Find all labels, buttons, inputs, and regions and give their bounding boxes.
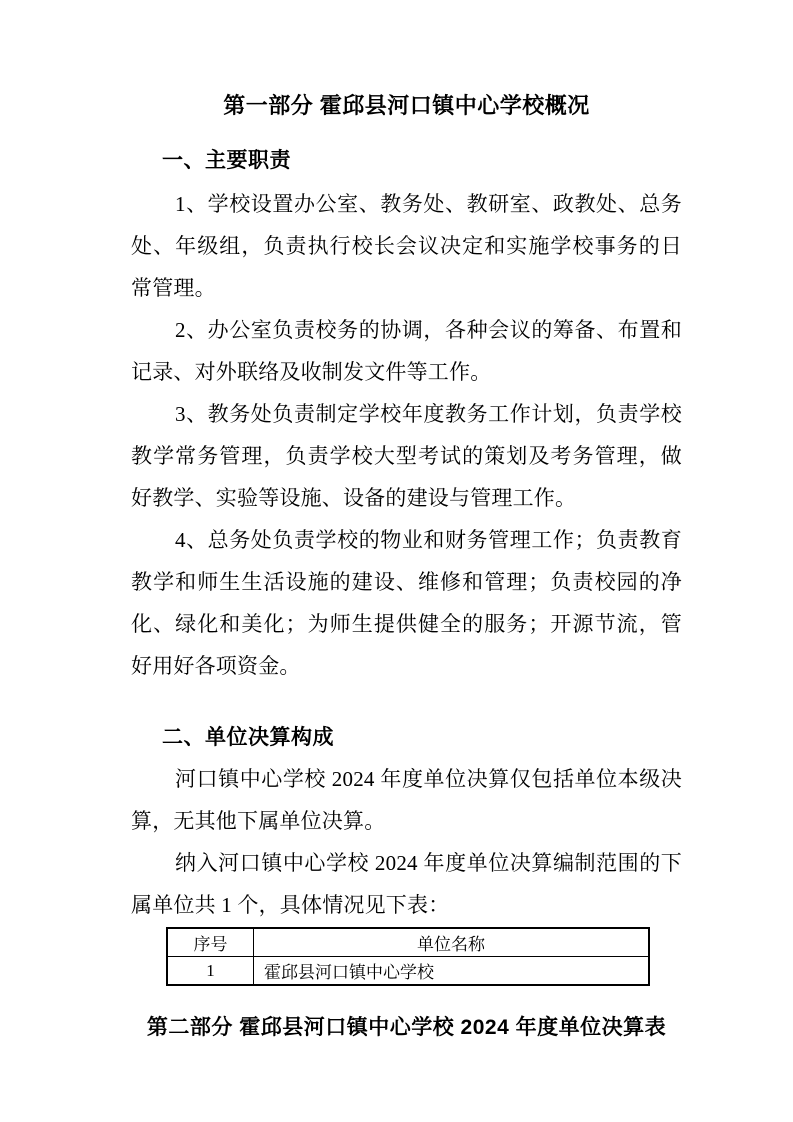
part1-title: 第一部分 霍邱县河口镇中心学校概况 <box>131 92 682 120</box>
subordinate-units-table: 序号 单位名称 1 霍邱县河口镇中心学校 <box>166 927 650 986</box>
table-row: 1 霍邱县河口镇中心学校 <box>167 957 649 986</box>
table-cell-unit-name: 霍邱县河口镇中心学校 <box>254 957 650 986</box>
section1-paragraph-3: 3、教务处负责制定学校年度教务工作计划，负责学校教学常务管理，负责学校大型考试的… <box>131 393 682 519</box>
table-header-index: 序号 <box>167 928 254 957</box>
section1-paragraph-2: 2、办公室负责校务的协调，各种会议的筹备、布置和记录、对外联络及收制发文件等工作… <box>131 309 682 393</box>
table-header-row: 序号 单位名称 <box>167 928 649 957</box>
section1-paragraphs: 1、学校设置办公室、教务处、教研室、政教处、总务处、年级组，负责执行校长会议决定… <box>131 183 682 687</box>
section2-paragraph-1: 河口镇中心学校 2024 年度单位决算仅包括单位本级决算，无其他下属单位决算。 <box>131 758 682 842</box>
document-page: 第一部分 霍邱县河口镇中心学校概况 一、主要职责 1、学校设置办公室、教务处、教… <box>0 0 793 1122</box>
section2-paragraph-2: 纳入河口镇中心学校 2024 年度单位决算编制范围的下属单位共 1 个，具体情况… <box>131 842 682 926</box>
part2-title: 第二部分 霍邱县河口镇中心学校 2024 年度单位决算表 <box>131 1013 682 1043</box>
section1-paragraph-1: 1、学校设置办公室、教务处、教研室、政教处、总务处、年级组，负责执行校长会议决定… <box>131 183 682 309</box>
table-cell-index: 1 <box>167 957 254 986</box>
section1-heading: 一、主要职责 <box>131 147 682 174</box>
table-header-unit-name: 单位名称 <box>254 928 650 957</box>
section2-heading: 二、单位决算构成 <box>131 724 682 751</box>
document-content: 第一部分 霍邱县河口镇中心学校概况 一、主要职责 1、学校设置办公室、教务处、教… <box>131 0 682 1043</box>
section1-paragraph-4: 4、总务处负责学校的物业和财务管理工作；负责教育教学和师生生活设施的建设、维修和… <box>131 519 682 687</box>
section2-paragraphs: 河口镇中心学校 2024 年度单位决算仅包括单位本级决算，无其他下属单位决算。 … <box>131 758 682 926</box>
